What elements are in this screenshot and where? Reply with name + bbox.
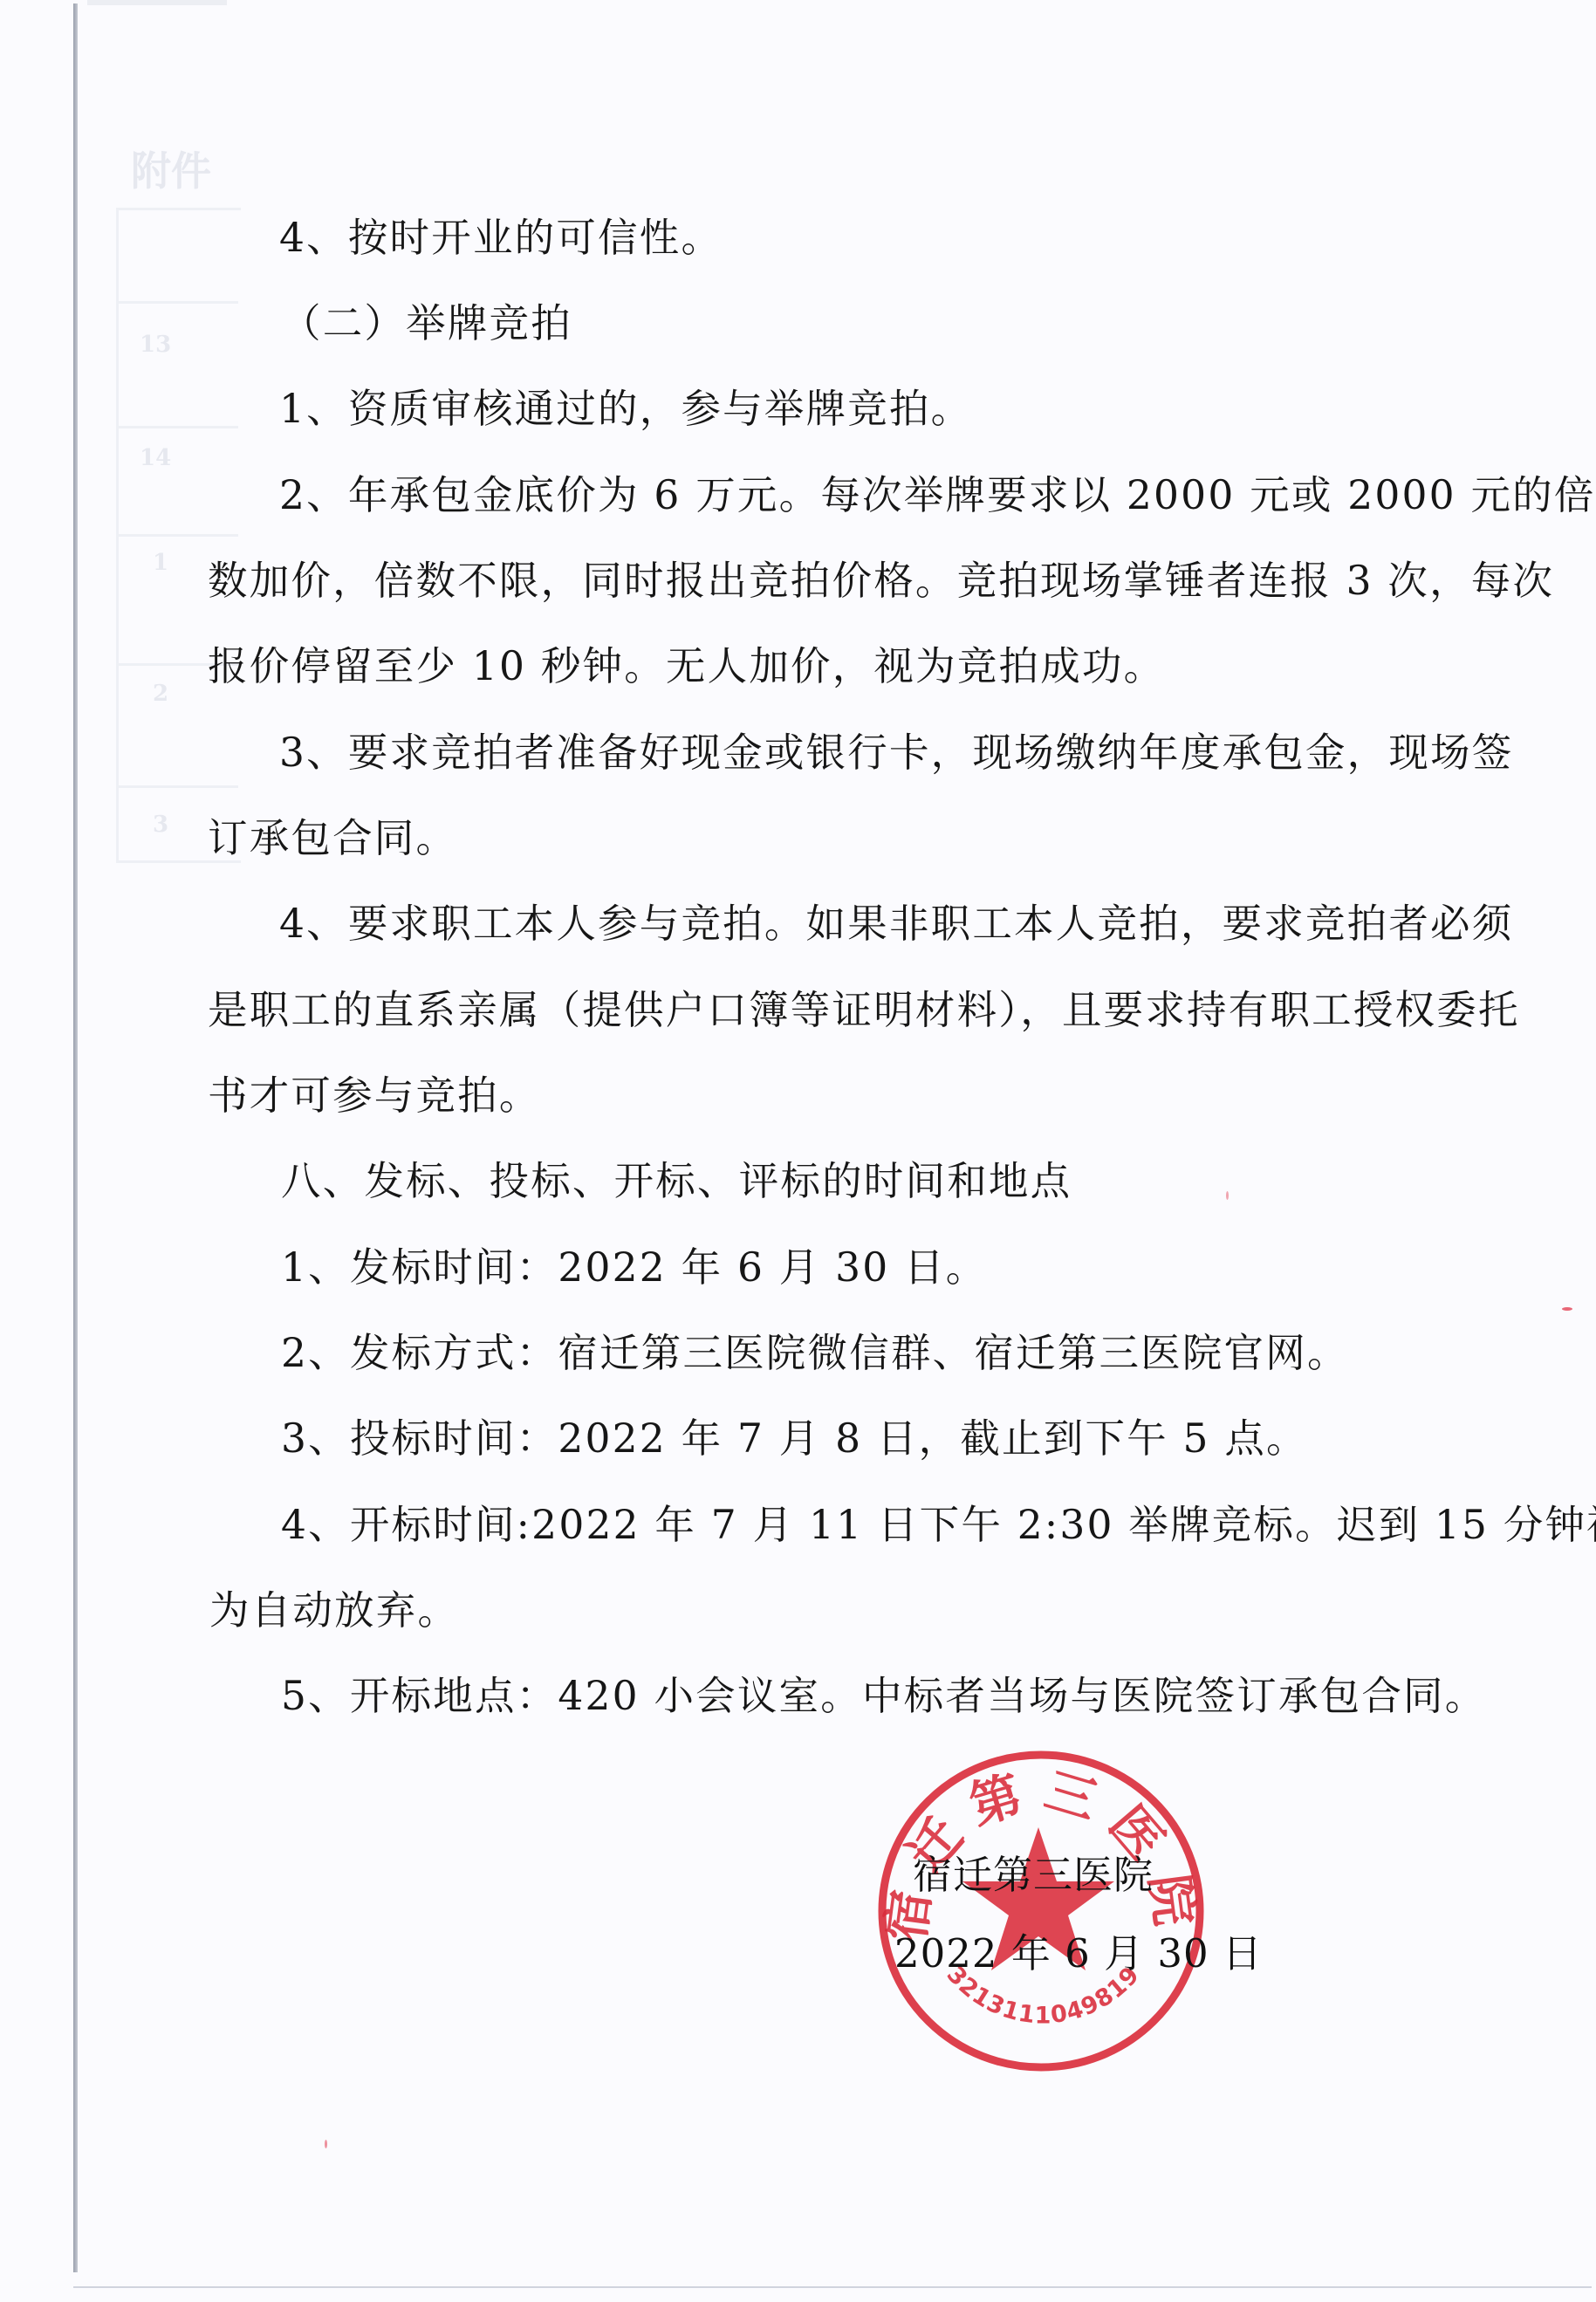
paragraph-line: 1、发标时间：2022 年 6 月 30 日。 [281,1248,988,1288]
paragraph-line: 报价停留至少 10 秒钟。无人加价，视为竞拍成功。 [208,647,1165,687]
bleed-through-row-divider [116,426,238,428]
paragraph-line: 数加价，倍数不限，同时报出竞拍价格。竞拍现场掌锤者连报 3 次，每次 [208,561,1554,601]
paragraph-line: 5、开标地点：420 小会议室。中标者当场与医院签订承包合同。 [281,1676,1486,1716]
paragraph-line: 4、要求职工本人参与竞拍。如果非职工本人竞拍，要求竞拍者必须 [279,904,1513,944]
section-heading: （二）举牌竞拍 [281,304,572,344]
paragraph-line: 订承包合同。 [208,819,457,859]
paragraph-line: 书才可参与竞拍。 [208,1076,541,1116]
bleed-through-row-divider [116,534,238,537]
bleed-through-row-number: 13 [140,332,171,358]
paragraph-line: 2、发标方式：宿迁第三医院微信群、宿迁第三医院官网。 [281,1333,1349,1374]
page-edge-bottom [73,2286,1592,2288]
paragraph-line: 2、年承包金底价为 6 万元。每次举牌要求以 2000 元或 2000 元的倍 [279,476,1596,516]
bleed-through-row-number: 1 [153,550,168,576]
section-heading: 八、发标、投标、开标、评标的时间和地点 [281,1161,1072,1202]
paragraph-line: 是职工的直系亲属（提供户口簿等证明材料），且要求持有职工授权委托 [208,990,1520,1031]
signature-organization: 宿迁第三医院 [913,1855,1154,1894]
bleed-through-row-divider [116,785,238,788]
paragraph-line: 4、开标时间:2022 年 7 月 11 日下午 2:30 举牌竞标。迟到 15… [281,1505,1596,1545]
page-edge [73,3,78,2272]
bleed-through-row-number: 3 [153,812,168,838]
ink-speck [325,2140,327,2148]
bleed-through-row-number: 14 [140,445,171,471]
ink-speck [1562,1307,1572,1311]
official-seal: 宿迁第三医院 3213111049819 [875,1750,1207,2073]
paragraph-line: 3、要求竞拍者准备好现金或银行卡，现场缴纳年度承包金，现场签 [279,733,1513,773]
paragraph-line: 4、按时开业的可信性。 [279,218,723,258]
ink-speck [1226,1191,1229,1200]
paragraph-line: 1、资质审核通过的，参与举牌竞拍。 [279,389,972,429]
paragraph-line: 3、投标时间：2022 年 7 月 8 日，截止到下午 5 点。 [281,1419,1308,1459]
signature-date: 2022 年 6 月 30 日 [894,1934,1263,1973]
paragraph-line: 为自动放弃。 [209,1591,459,1631]
bleed-through-heading: 附件 [131,140,211,197]
bleed-through-row-divider [116,301,238,304]
bleed-through-row-number: 2 [153,681,168,707]
scan-shadow [87,0,227,5]
